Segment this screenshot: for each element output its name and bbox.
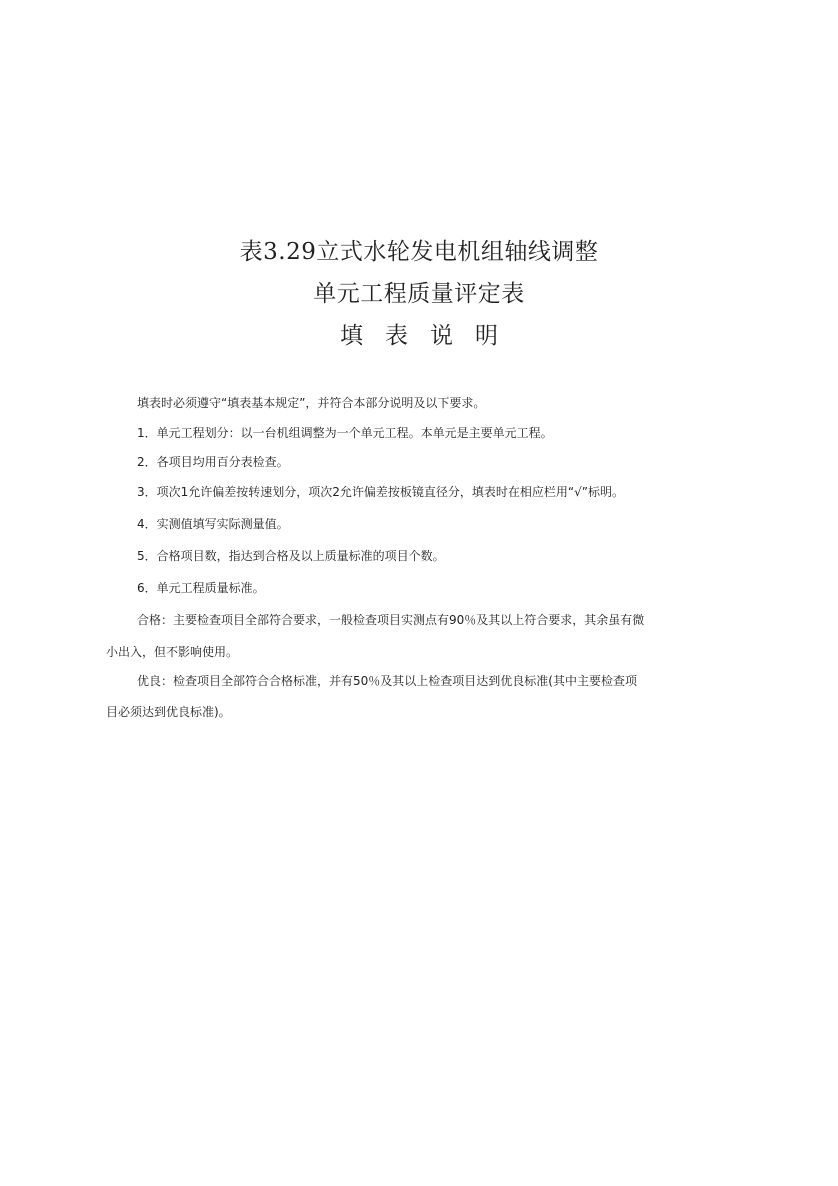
excellent-standard-line-2: 目必须达到优良标准)。 bbox=[106, 704, 231, 720]
instruction-item-3: 3．项次1允许偏差按转速划分，项次2允许偏差按板镜直径分，填表时在相应栏用“√”… bbox=[137, 484, 624, 500]
qualified-standard-line-2: 小出入，但不影响使用。 bbox=[106, 644, 238, 660]
title-line-1: 表3.29立式水轮发电机组轴线调整 bbox=[0, 238, 838, 266]
instruction-item-2: 2．各项目均用百分表检查。 bbox=[137, 454, 289, 470]
title-line-2: 单元工程质量评定表 bbox=[0, 280, 838, 308]
intro-text: 填表时必须遵守“填表基本规定”，并符合本部分说明及以下要求。 bbox=[137, 395, 485, 411]
qualified-standard-line-1: 合格：主要检查项目全部符合要求，一般检查项目实测点有90％及其以上符合要求，其余… bbox=[137, 612, 644, 628]
instruction-item-1: 1．单元工程划分：以一台机组调整为一个单元工程。本单元是主要单元工程。 bbox=[137, 425, 553, 441]
subtitle-fill-instructions: 填表说明 bbox=[0, 322, 838, 350]
excellent-standard-line-1: 优良：检查项目全部符合合格标准，并有50％及其以上检查项目达到优良标准(其中主要… bbox=[137, 673, 637, 689]
instruction-item-4: 4．实测值填写实际测量值。 bbox=[137, 516, 289, 532]
instruction-item-6: 6．单元工程质量标准。 bbox=[137, 580, 265, 596]
instruction-item-5: 5．合格项目数，指达到合格及以上质量标准的项目个数。 bbox=[137, 548, 445, 564]
